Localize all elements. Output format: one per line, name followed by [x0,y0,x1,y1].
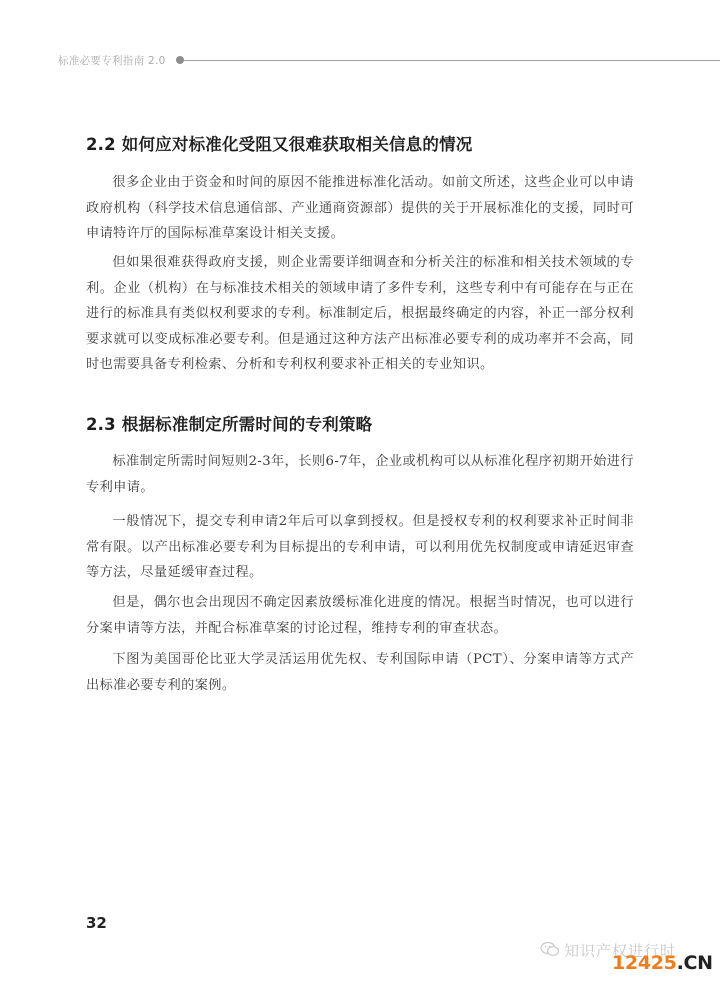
paragraph: 很多企业由于资金和时间的原因不能推进标准化活动。如前文所述，这些企业可以申请政府… [86,170,634,247]
paragraph: 标准制定所需时间短则2-3年，长则6-7年，企业或机构可以从标准化程序初期开始进… [86,449,634,500]
section-heading-2-2: 2.2 如何应对标准化受阻又很难获取相关信息的情况 [86,131,472,155]
book-title: 标准必要专利指南 2.0 [58,53,166,68]
wechat-icon [540,941,560,957]
paragraph: 下图为美国哥伦比亚大学灵活运用优先权、专利国际申请（PCT）、分案申请等方式产出… [86,647,634,698]
watermark-site-number: 12425 [612,952,677,974]
page-number: 32 [86,914,107,932]
paragraph: 但是，偶尔也会出现因不确定因素放缓标准化进度的情况。根据当时情况，也可以进行分案… [86,590,634,641]
section-heading-2-3: 2.3 根据标准制定所需时间的专利策略 [86,411,372,435]
paragraph: 一般情况下，提交专利申请2年后可以拿到授权。但是授权专利的权利要求补正时间非常有… [86,509,634,586]
watermark-site: 12425.CN [612,952,713,974]
header-rule-line [184,60,720,61]
header-bullet-dot [176,56,184,64]
running-header: 标准必要专利指南 2.0 [58,52,720,68]
watermark: 知识产权进行时 12425.CN [540,940,715,972]
watermark-site-tld: .CN [677,952,713,974]
paragraph: 但如果很难获得政府支援，则企业需要详细调查和分析关注的标准和相关技术领域的专利。… [86,250,634,378]
